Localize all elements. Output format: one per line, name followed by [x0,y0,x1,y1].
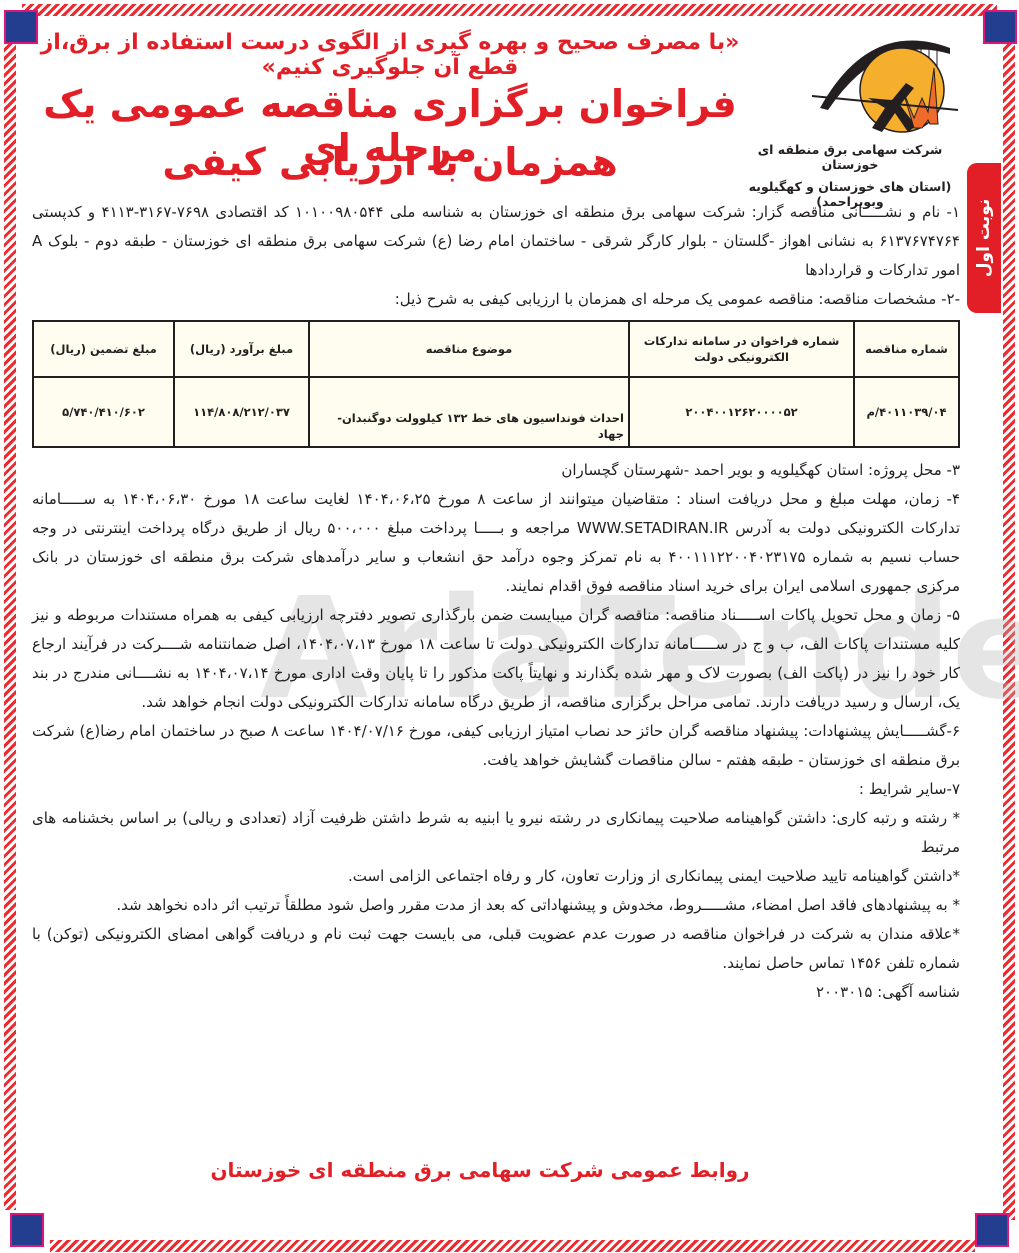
cell-guarantee: ۵/۷۴۰/۴۱۰/۶۰۲ [33,377,174,447]
section-3: ۳- محل پروژه: استان کهگیلویه و بویر احمد… [32,456,960,485]
notice-body: ۱- نام و نشـــــانی مناقصه گزار: شرکت سه… [32,198,960,1007]
section-2: -۲- مشخصات مناقصه: مناقصه عمومی یک مرحله… [32,285,960,314]
section-6: ۶-گشـــــایش پیشنهادات: پیشنهاد مناقصه گ… [32,717,960,775]
cell-subject: احداث فونداسیون های خط ۱۳۲ کیلوولت دوگنب… [309,377,629,447]
tender-notice: «با مصرف صحیح و بهره گیری از الگوی درست … [0,0,1019,1253]
section-4: ۴- زمان، مهلت مبلغ و محل دریافت اسناد : … [32,485,960,601]
company-logo-icon [810,28,960,138]
col-estimate: مبلغ برآورد (ریال) [174,321,309,377]
table-row: ۴۰۱۱۰۳۹/۰۴/م ۲۰۰۴۰۰۱۲۶۲۰۰۰۰۵۲ احداث فوند… [33,377,959,447]
edition-badge: نوبت اول [967,163,1001,313]
section-5: ۵- زمان و محل تحویل پاکات اســـــناد منا… [32,601,960,717]
edition-badge-label: نوبت اول [974,199,994,277]
col-guarantee: مبلغ تضمین (ریال) [33,321,174,377]
cell-estimate: ۱۱۴/۸۰۸/۲۱۲/۰۳۷ [174,377,309,447]
condition-3: * به پیشنهادهای فاقد اصل امضاء، مشـــــر… [32,891,960,920]
footer-signature: روابط عمومی شرکت سهامی برق منطقه ای خوزس… [40,1158,920,1182]
col-call-number: شماره فراخوان در سامانه تدارکات الکترونی… [629,321,854,377]
table-header-row: شماره مناقصه شماره فراخوان در سامانه تدا… [33,321,959,377]
col-tender-number: شماره مناقصه [854,321,959,377]
condition-4: *علاقه مندان به شرکت در فراخوان مناقصه د… [32,920,960,978]
company-name: شرکت سهامی برق منطقه ای خوزستان [740,142,960,172]
section-1: ۱- نام و نشـــــانی مناقصه گزار: شرکت سه… [32,198,960,285]
cell-call-number: ۲۰۰۴۰۰۱۲۶۲۰۰۰۰۵۲ [629,377,854,447]
condition-1: * رشته و رتبه کاری: داشتن گواهینامه صلاح… [32,804,960,862]
condition-2: *داشتن گواهینامه تایید صلاحیت ایمنی پیما… [32,862,960,891]
tender-table: شماره مناقصه شماره فراخوان در سامانه تدا… [32,320,960,448]
cell-tender-number: ۴۰۱۱۰۳۹/۰۴/م [854,377,959,447]
slogan: «با مصرف صحیح و بهره گیری از الگوی درست … [40,30,740,80]
section-7: ۷-سایر شرایط : [32,775,960,804]
col-subject: موضوع مناقصه [309,321,629,377]
ad-id: شناسه آگهی: ۲۰۰۳۰۱۵ [32,978,960,1007]
page-subtitle: همزمان با ارزیابی کیفی [40,140,740,184]
